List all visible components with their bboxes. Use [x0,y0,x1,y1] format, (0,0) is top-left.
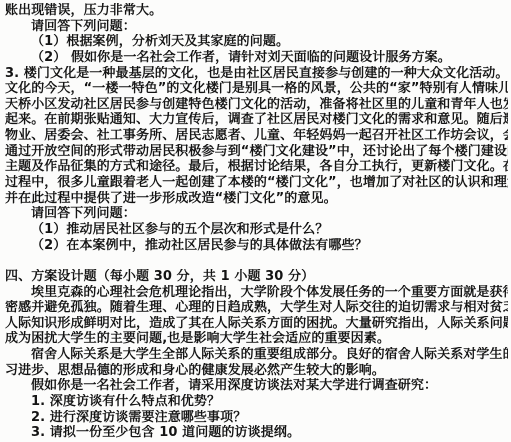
text-line-section4-body-3: 人际知识形成鲜明对比，造成了其在人际关系方面的困扰。大量研究指出，人际关系问题已 [5,316,508,332]
text-line-question-2-1: （1）根据案例，分析刘天及其家庭的问题。 [5,34,508,50]
text-line-case3-6: 通过开放空间的形式带动居民积极参与到“楼门文化建设”中，还讨论出了每个楼门建设的 [5,144,508,160]
text-line-case3-4: 起来。在前期张贴通知、大力宣传后，调查了社区居民对楼门文化的需求和意见。随后邀请 [5,112,508,128]
text-line-section4-body-4: 成为困扰大学生的主要问题,也是影响大学生社会适应的重要因素。 [5,331,508,347]
text-line-answer-prompt-2: 请回答下列问题： [5,206,508,222]
text-line-continuation: 账出现错误，压力非常大。 [5,3,508,19]
text-line-case3-8: 过程中，很多儿童跟着老人一起创建了本楼的“楼门文化”，也增加了对社区的认识和理解… [5,175,508,191]
text-line-section4-body-2: 密感并避免孤独。随着生理、心理的日趋成熟，大学生对人际交往的迫切需求与相对贫乏的 [5,300,508,316]
text-line-question-4-2: 2. 进行深度访谈需要注意哪些事项？ [5,410,508,426]
text-line-case3-9: 并在此过程中提供了进一步形成改造“楼门文化”的意见。 [5,191,508,207]
exam-document-page: 账出现错误，压力非常大。 请回答下列问题： （1）根据案例，分析刘天及其家庭的问… [0,0,511,442]
text-line-case3-1: 3. 楼门文化是一种最基层的文化，也是由社区居民直接参与创建的一种大众文化活动。… [5,66,508,82]
text-line-question-2-2: （2） 假如你是一名社会工作者，请针对刘天面临的问题设计服务方案。 [5,50,508,66]
text-line-case3-3: 天桥小区发动社区居民参与创建特色楼门文化的活动，准备将社区里的儿童和青年人也发动 [5,97,508,113]
text-line-case3-7: 主题及作品征集的方式和途径。最后，根据讨论结果，各自分工执行，更新楼门文化。在此 [5,159,508,175]
text-line-case3-2: 文化的今天，“一楼一特色”的文化楼门是别具一格的风景，公共的“家”特别有人情味儿… [5,81,508,97]
text-line-question-4-1: 1. 深度访谈有什么特点和优势？ [5,394,508,410]
blank-line [5,253,508,269]
text-line-section4-body-5: 宿舍人际关系是大学生全部人际关系的重要组成部分。良好的宿舍人际关系对学生的学 [5,347,508,363]
text-line-section4-task: 假如你是一名社会工作者，请采用深度访谈法对某大学进行调查研究： [5,378,508,394]
text-line-case3-5: 物业、居委会、社工事务所、居民志愿者、儿童、年轻妈妈一起召开社区工作坊会议，会议 [5,128,508,144]
text-line-section4-body-1: 埃里克森的心理社会危机理论指出，大学阶段个体发展任务的一个重要方面就是获得亲 [5,285,508,301]
text-line-question-3-1: （1）推动居民社区参与的五个层次和形式是什么？ [5,222,508,238]
text-line-question-4-3: 3. 请拟一份至少包含 10 道问题的访谈提纲。 [5,425,508,441]
text-line-question-3-2: （2）在本案例中，推动社区居民参与的具体做法有哪些？ [5,238,508,254]
text-line-section4-heading: 四、方案设计题（每小题 30 分，共 1 小题 30 分） [5,269,508,285]
text-line-section4-body-6: 习进步、思想品德的形成和身心的健康发展必然产生较大的影响。 [5,363,508,379]
text-line-answer-prompt: 请回答下列问题： [5,19,508,35]
